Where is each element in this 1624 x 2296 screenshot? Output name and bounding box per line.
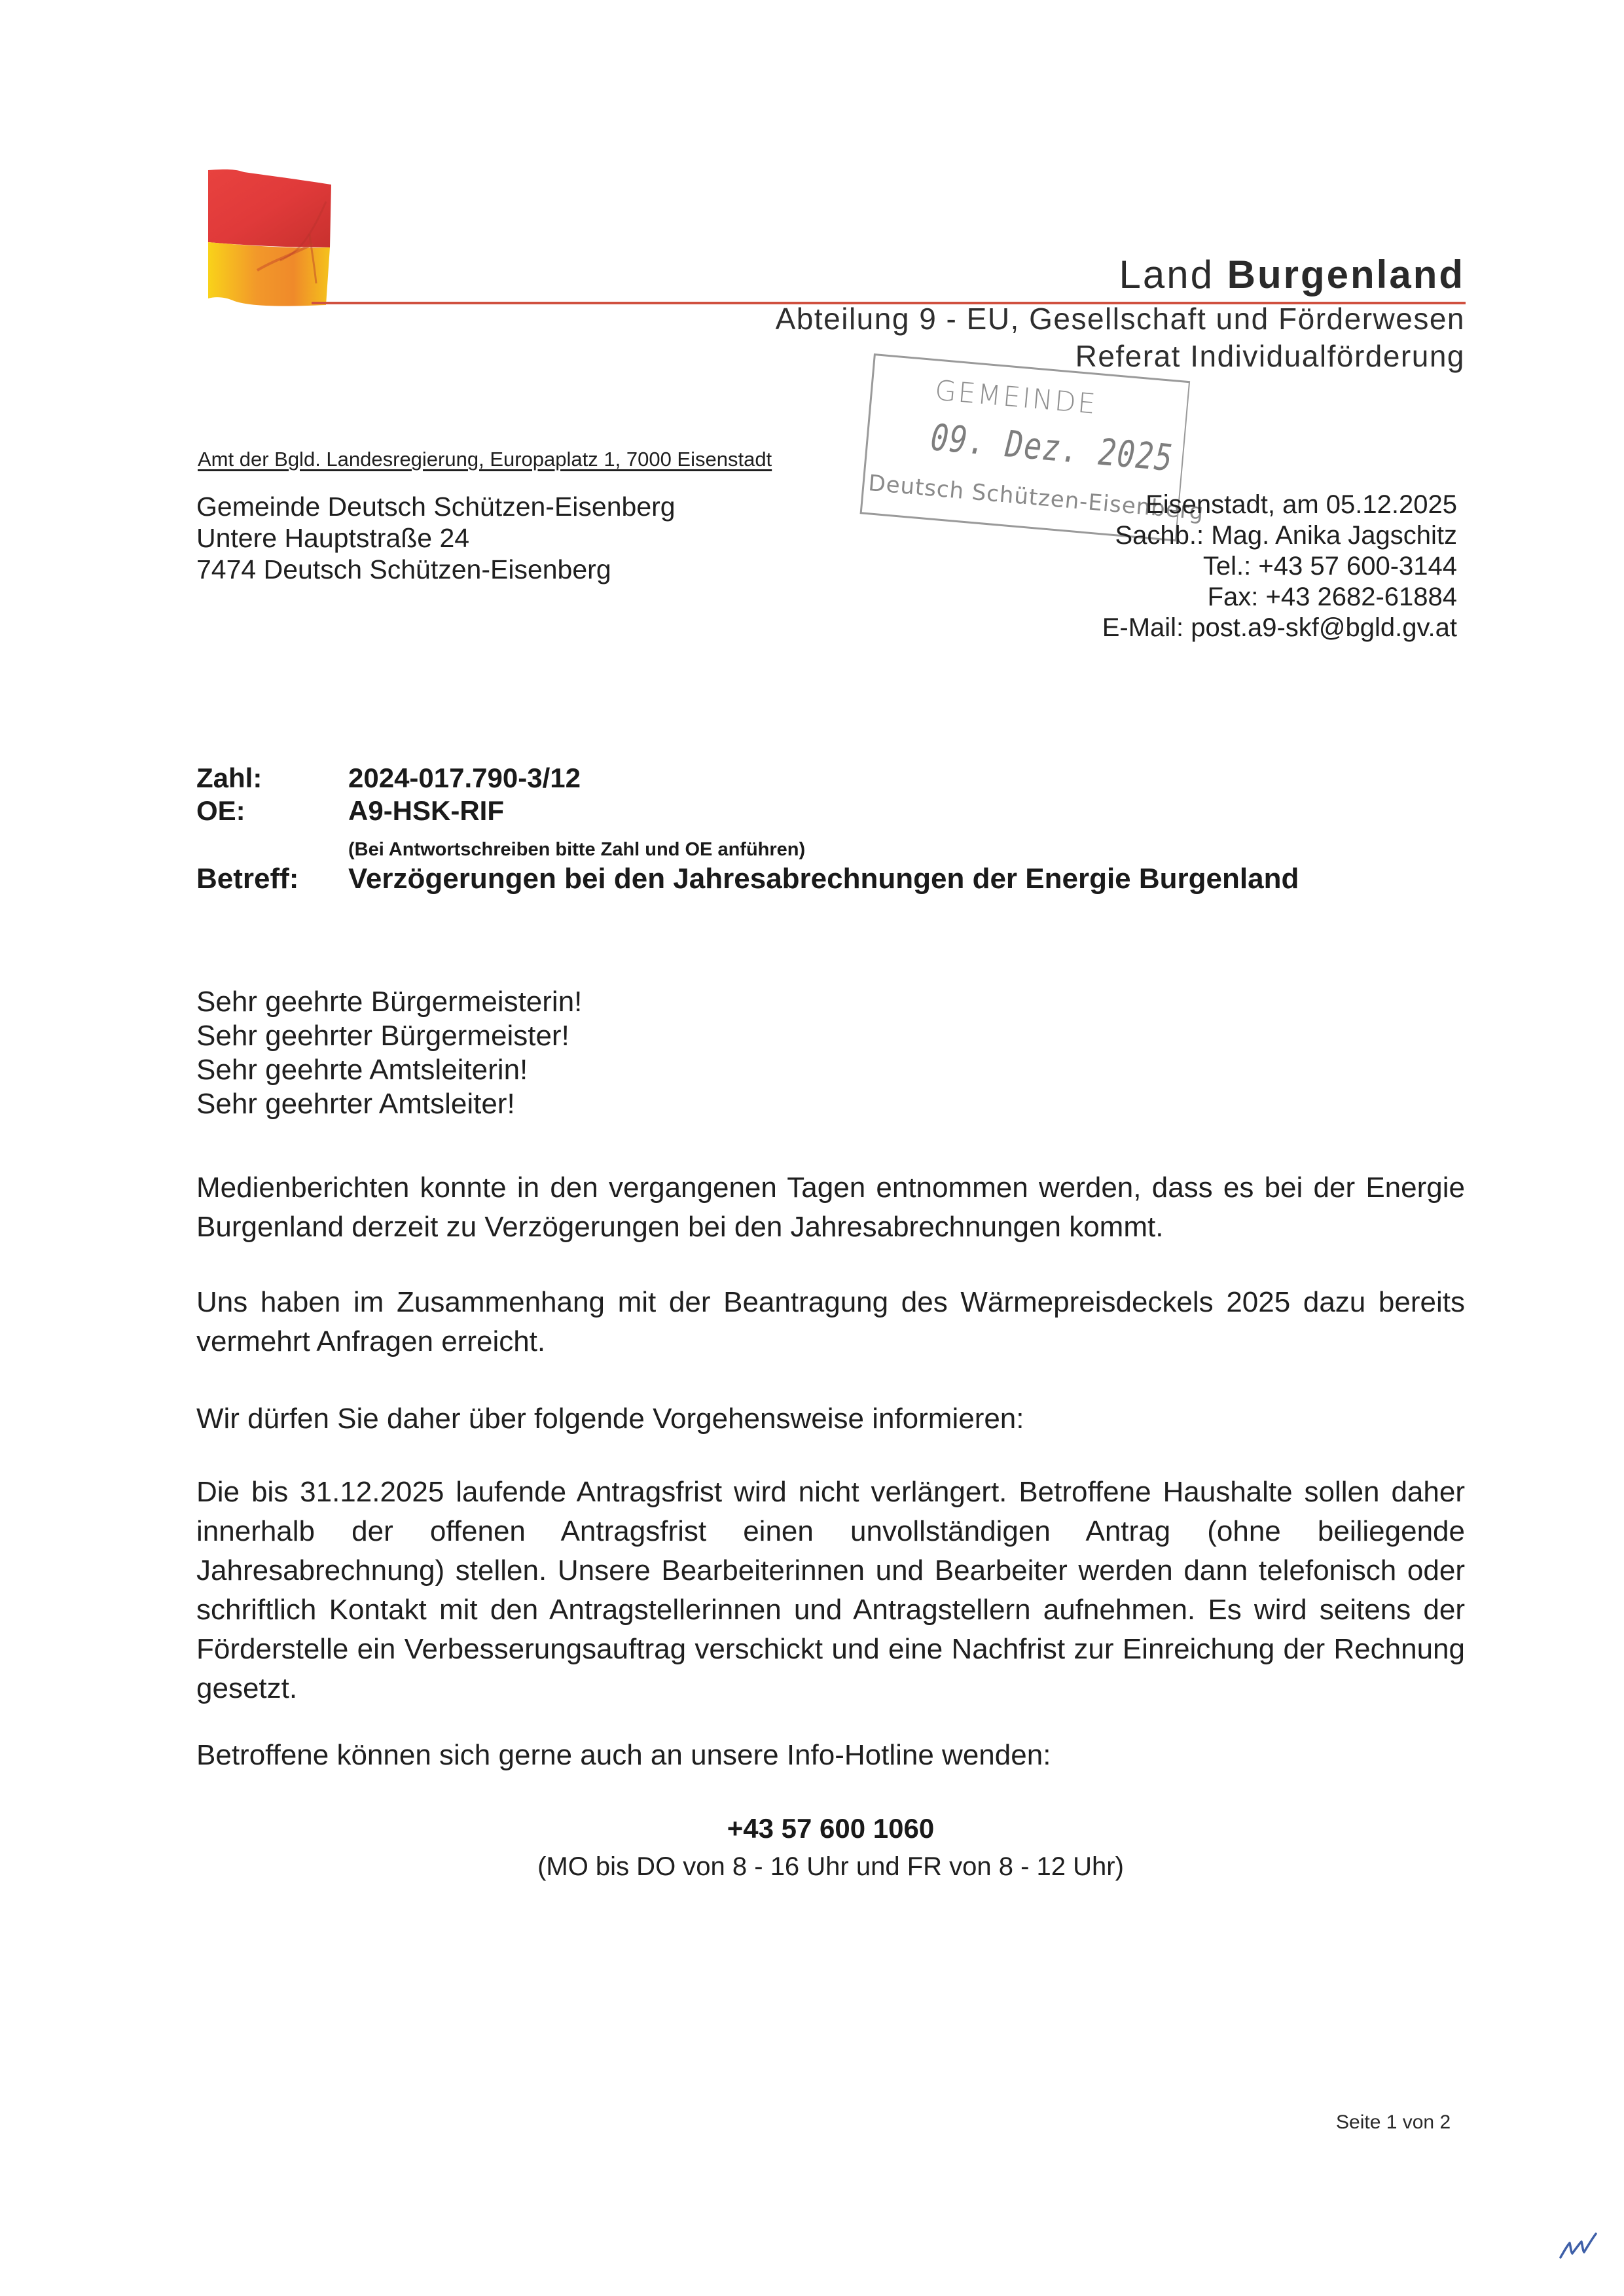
stamp-title: GEMEINDE (933, 374, 1098, 420)
paragraph-media-reports: Medienberichten konnte in den vergangene… (196, 1168, 1465, 1247)
reference-number-label: Zahl: (196, 762, 262, 794)
paragraph-hotline-intro: Betroffene können sich gerne auch an uns… (196, 1736, 1465, 1775)
paragraph-procedure-intro: Wir dürfen Sie daher über folgende Vorge… (196, 1399, 1465, 1439)
salutation-line: Sehr geehrter Bürgermeister! (196, 1019, 1465, 1053)
place-date: Eisenstadt, am 05.12.2025 (1102, 490, 1457, 520)
unit-name: Referat Individualförderung (1075, 338, 1465, 374)
reference-note: (Bei Antwortschreiben bitte Zahl und OE … (348, 839, 805, 861)
clerk-name: Sachb.: Mag. Anika Jagschitz (1102, 520, 1457, 551)
fax-number: Fax: +43 2682-61884 (1102, 582, 1457, 613)
reference-block: Zahl: 2024-017.790-3/12 OE: A9-HSK-RIF (196, 762, 1440, 828)
stamp-date: 09. Dez. 2025 (929, 416, 1175, 480)
org-unit-label: OE: (196, 795, 245, 827)
organization-title: Land Burgenland (1119, 252, 1466, 297)
org-unit-row: OE: A9-HSK-RIF (196, 795, 1440, 828)
salutation-line: Sehr geehrte Bürgermeisterin! (196, 985, 1465, 1019)
org-prefix: Land (1119, 253, 1214, 296)
subject-value: Verzögerungen bei den Jahresabrechnungen… (348, 863, 1299, 895)
recipient-line: 7474 Deutsch Schützen-Eisenberg (196, 554, 676, 585)
org-name: Burgenland (1227, 253, 1465, 296)
hotline-hours: (MO bis DO von 8 - 16 Uhr und FR von 8 -… (196, 1852, 1465, 1882)
paragraph-procedure-details: Die bis 31.12.2025 laufende Antragsfrist… (196, 1473, 1465, 1708)
salutation-line: Sehr geehrte Amtsleiterin! (196, 1053, 1465, 1087)
department-name: Abteilung 9 - EU, Gesellschaft und Förde… (776, 301, 1465, 336)
email-address: E-Mail: post.a9-skf@bgld.gv.at (1102, 613, 1457, 643)
contact-block: Eisenstadt, am 05.12.2025 Sachb.: Mag. A… (1102, 490, 1457, 643)
hotline-number: +43 57 600 1060 (196, 1813, 1465, 1844)
sender-return-address: Amt der Bgld. Landesregierung, Europapla… (198, 448, 772, 471)
recipient-address: Gemeinde Deutsch Schützen-Eisenberg Unte… (196, 491, 676, 585)
recipient-line: Gemeinde Deutsch Schützen-Eisenberg (196, 491, 676, 522)
page-number: Seite 1 von 2 (1336, 2111, 1451, 2134)
handwritten-initials-icon (1558, 2229, 1598, 2261)
recipient-line: Untere Hauptstraße 24 (196, 522, 676, 554)
paragraph-inquiries: Uns haben im Zusammenhang mit der Beantr… (196, 1283, 1465, 1361)
salutation-line: Sehr geehrter Amtsleiter! (196, 1087, 1465, 1121)
reference-number-row: Zahl: 2024-017.790-3/12 (196, 762, 1440, 795)
org-unit-value: A9-HSK-RIF (348, 795, 504, 827)
phone-number: Tel.: +43 57 600-3144 (1102, 551, 1457, 582)
reference-number-value: 2024-017.790-3/12 (348, 762, 581, 794)
subject-label: Betreff: (196, 863, 298, 895)
salutation-block: Sehr geehrte Bürgermeisterin! Sehr geehr… (196, 985, 1465, 1121)
burgenland-flag-logo (195, 156, 347, 306)
